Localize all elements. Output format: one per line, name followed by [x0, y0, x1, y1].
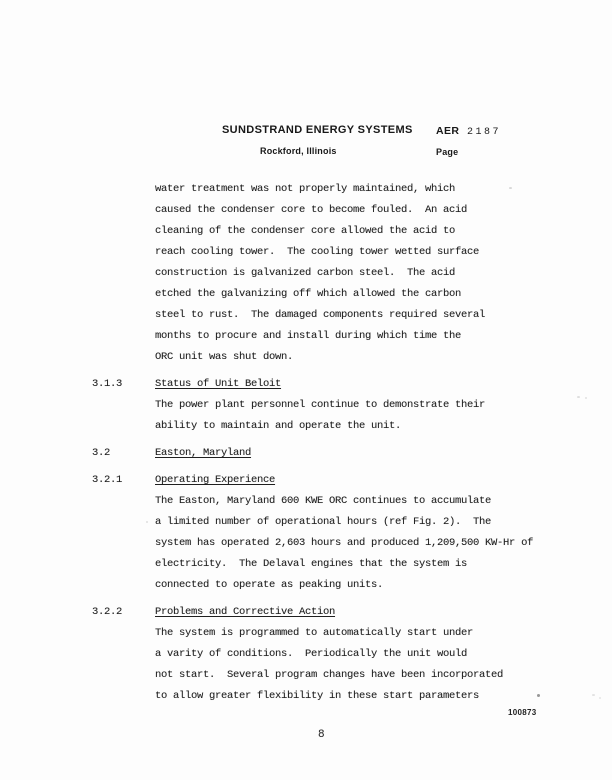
page-number: 8	[318, 729, 324, 741]
section-number: 3.2	[92, 443, 155, 464]
paragraph-line: months to procure and install during whi…	[155, 326, 580, 347]
scan-artifact	[146, 521, 148, 523]
scan-artifact	[537, 694, 540, 697]
section-heading: Status of Unit Beloit	[155, 374, 580, 395]
company-name: SUNDSTRAND ENERGY SYSTEMS	[222, 124, 413, 136]
paragraph-line: reach cooling tower. The cooling tower w…	[155, 242, 580, 263]
section-heading: Operating Experience	[155, 470, 580, 491]
document-body: water treatment was not properly maintai…	[92, 179, 580, 713]
paragraph-line: a varity of conditions. Periodically the…	[155, 644, 580, 665]
document-page: SUNDSTRAND ENERGY SYSTEMS Rockford, Illi…	[0, 0, 612, 780]
paragraph-line: water treatment was not properly maintai…	[155, 179, 580, 200]
doc-label: AER	[436, 125, 459, 137]
scan-artifact	[509, 187, 512, 189]
paragraph-line: construction is galvanized carbon steel.…	[155, 263, 580, 284]
section: 3.2.1Operating ExperienceThe Easton, Mar…	[92, 470, 580, 596]
section: 3.2.2Problems and Corrective ActionThe s…	[92, 602, 580, 707]
section-heading: Problems and Corrective Action	[155, 602, 580, 623]
paragraph-line: ORC unit was shut down.	[155, 347, 580, 368]
section: 3.2Easton, Maryland	[92, 443, 580, 464]
paragraph-line: etched the galvanizing off which allowed…	[155, 284, 580, 305]
doc-number: 2187	[467, 127, 501, 138]
scan-artifact	[585, 397, 587, 399]
section: water treatment was not properly maintai…	[92, 179, 580, 368]
section-content: Easton, Maryland	[155, 443, 580, 464]
section: 3.1.3Status of Unit BeloitThe power plan…	[92, 374, 580, 437]
section-content: Problems and Corrective ActionThe system…	[155, 602, 580, 707]
company-location: Rockford, Illinois	[260, 146, 337, 156]
paragraph-line: The power plant personnel continue to de…	[155, 395, 580, 416]
section-content: water treatment was not properly maintai…	[155, 179, 580, 368]
section-number: 3.1.3	[92, 374, 155, 437]
section-content: Status of Unit BeloitThe power plant per…	[155, 374, 580, 437]
section-number: 3.2.1	[92, 470, 155, 596]
footer-stamp: 100873	[508, 708, 537, 717]
section-number: 3.2.2	[92, 602, 155, 707]
scan-artifact	[599, 697, 601, 699]
paragraph-line: a limited number of operational hours (r…	[155, 512, 580, 533]
paragraph-line: ability to maintain and operate the unit…	[155, 416, 580, 437]
section-content: Operating ExperienceThe Easton, Maryland…	[155, 470, 580, 596]
section-number	[92, 179, 155, 368]
paragraph-line: The Easton, Maryland 600 KWE ORC continu…	[155, 491, 580, 512]
page-label: Page	[436, 147, 458, 157]
paragraph-line: caused the condenser core to become foul…	[155, 200, 580, 221]
paragraph-line: to allow greater flexibility in these st…	[155, 686, 580, 707]
section-heading: Easton, Maryland	[155, 443, 580, 464]
scan-artifact	[577, 396, 580, 398]
paragraph-line: connected to operate as peaking units.	[155, 575, 580, 596]
paragraph-line: not start. Several program changes have …	[155, 665, 580, 686]
paragraph-line: The system is programmed to automaticall…	[155, 623, 580, 644]
paragraph-line: cleaning of the condenser core allowed t…	[155, 221, 580, 242]
paragraph-line: system has operated 2,603 hours and prod…	[155, 533, 580, 554]
paragraph-line: electricity. The Delaval engines that th…	[155, 554, 580, 575]
scan-artifact	[592, 694, 595, 696]
paragraph-line: steel to rust. The damaged components re…	[155, 305, 580, 326]
